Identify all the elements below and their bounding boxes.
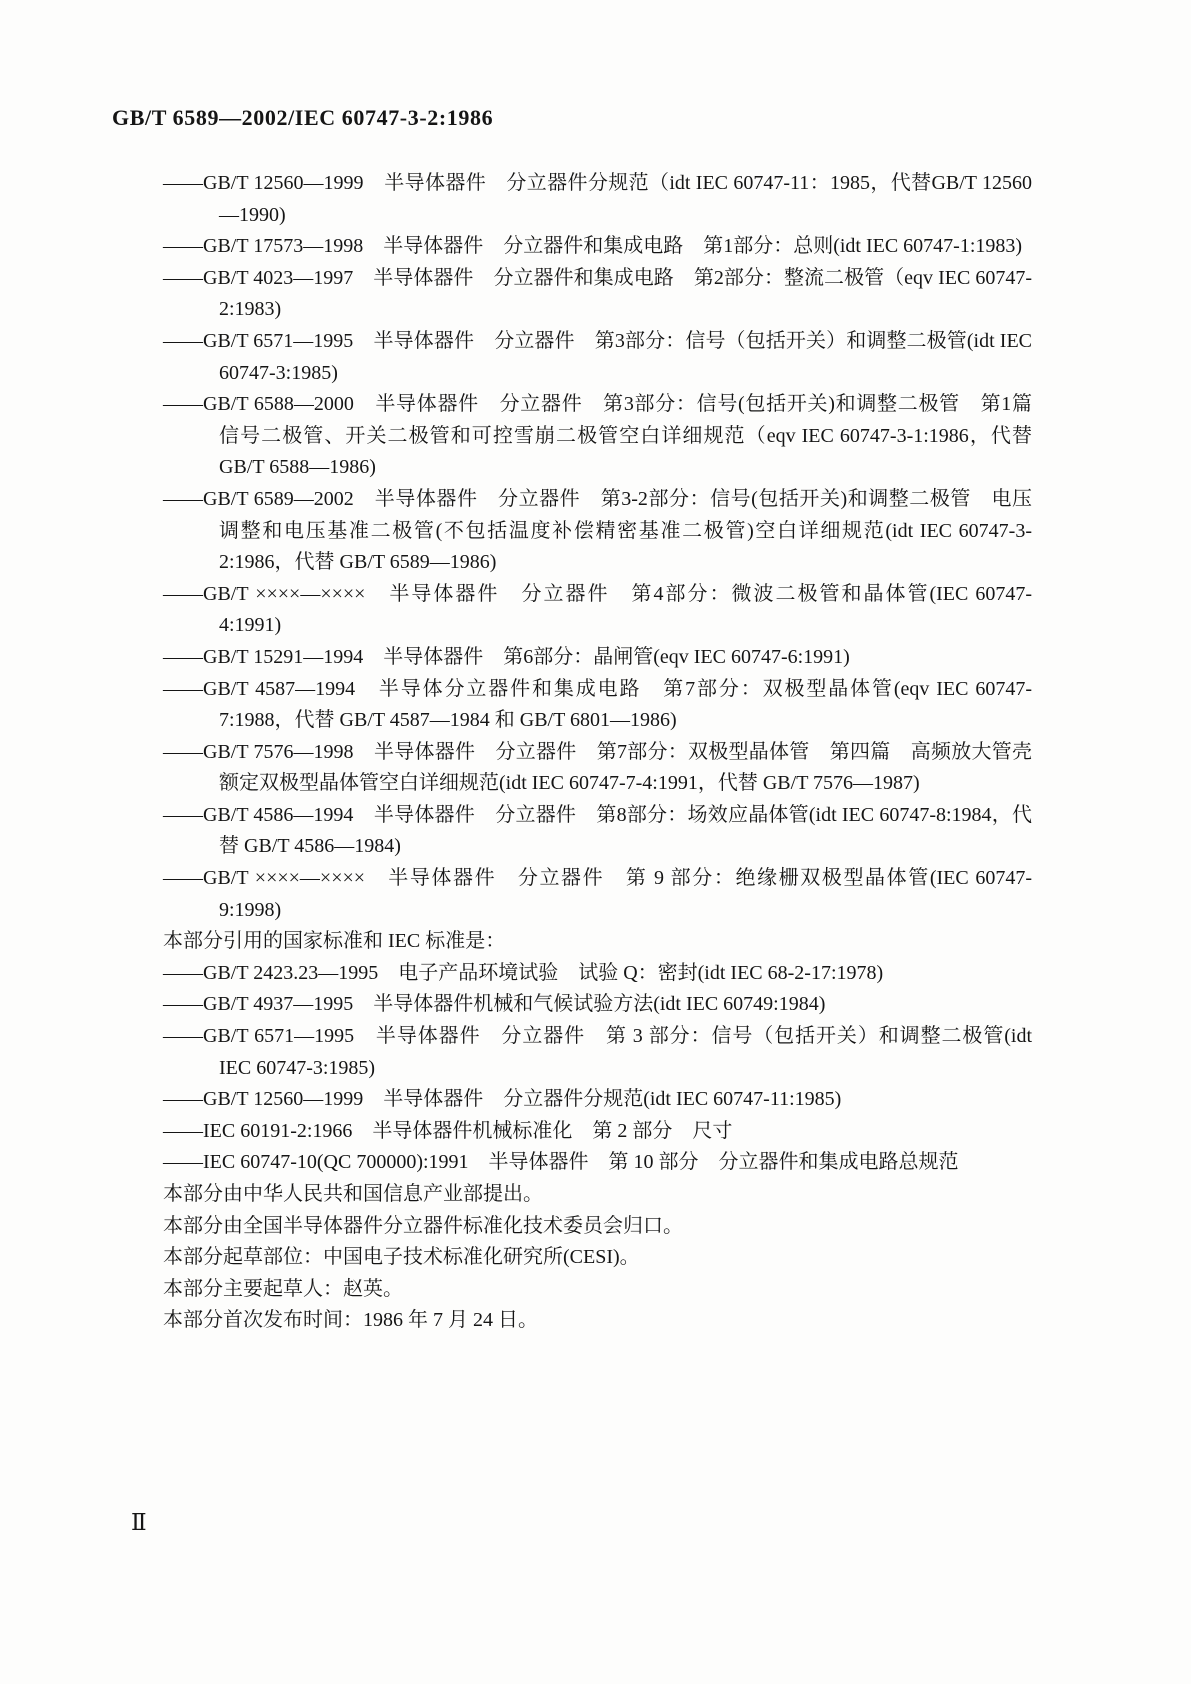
standard-reference-item: ——GB/T 4586—1994 半导体器件 分立器件 第8部分：场效应晶体管(… (163, 800, 1032, 863)
cited-standards-intro: 本部分引用的国家标准和 IEC 标准是： (163, 926, 1032, 958)
cited-standard-item: ——GB/T 4937—1995 半导体器件机械和气候试验方法(idt IEC … (163, 989, 1032, 1021)
closing-paragraph: 本部分由中华人民共和国信息产业部提出。 (163, 1179, 1032, 1211)
closing-paragraph: 本部分由全国半导体器件分立器件标准化技术委员会归口。 (163, 1211, 1032, 1243)
cited-standard-item: ——GB/T 12560—1999 半导体器件 分立器件分规范(idt IEC … (163, 1084, 1032, 1116)
standard-reference-item: ——GB/T 6571—1995 半导体器件 分立器件 第3部分：信号（包括开关… (163, 326, 1032, 389)
standard-reference-item: ——GB/T 4587—1994 半导体分立器件和集成电路 第7部分：双极型晶体… (163, 674, 1032, 737)
page-number: Ⅱ (131, 1510, 147, 1536)
standard-reference-item: ——GB/T 7576—1998 半导体器件 分立器件 第7部分：双极型晶体管 … (163, 737, 1032, 800)
closing-paragraph: 本部分首次发布时间：1986 年 7 月 24 日。 (163, 1305, 1032, 1337)
document-body: ——GB/T 12560—1999 半导体器件 分立器件分规范（idt IEC … (163, 168, 1032, 1337)
document-page: GB/T 6589—2002/IEC 60747-3-2:1986 ——GB/T… (0, 0, 1191, 1684)
standard-reference-item: ——GB/T ××××—×××× 半导体器件 分立器件 第 9 部分：绝缘栅双极… (163, 863, 1032, 926)
closing-paragraph: 本部分主要起草人：赵英。 (163, 1274, 1032, 1306)
standard-reference-item: ——GB/T ××××—×××× 半导体器件 分立器件 第4部分：微波二极管和晶… (163, 579, 1032, 642)
standard-reference-item: ——GB/T 15291—1994 半导体器件 第6部分：晶闸管(eqv IEC… (163, 642, 1032, 674)
standard-reference-item: ——GB/T 4023—1997 半导体器件 分立器件和集成电路 第2部分：整流… (163, 263, 1032, 326)
standard-reference-item: ——GB/T 12560—1999 半导体器件 分立器件分规范（idt IEC … (163, 168, 1032, 231)
cited-standard-item: ——GB/T 6571—1995 半导体器件 分立器件 第 3 部分：信号（包括… (163, 1021, 1032, 1084)
standard-reference-item: ——GB/T 6588—2000 半导体器件 分立器件 第3部分：信号(包括开关… (163, 389, 1032, 484)
closing-paragraph: 本部分起草部位：中国电子技术标准化研究所(CESI)。 (163, 1242, 1032, 1274)
cited-standard-item: ——IEC 60191-2:1966 半导体器件机械标准化 第 2 部分 尺寸 (163, 1116, 1032, 1148)
standard-reference-item: ——GB/T 6589—2002 半导体器件 分立器件 第3-2部分：信号(包括… (163, 484, 1032, 579)
cited-standard-item: ——IEC 60747-10(QC 700000):1991 半导体器件 第 1… (163, 1147, 1032, 1179)
document-header-standard-number: GB/T 6589—2002/IEC 60747-3-2:1986 (112, 105, 493, 131)
cited-standard-item: ——GB/T 2423.23—1995 电子产品环境试验 试验 Q：密封(idt… (163, 958, 1032, 990)
standard-reference-item: ——GB/T 17573—1998 半导体器件 分立器件和集成电路 第1部分：总… (163, 231, 1032, 263)
